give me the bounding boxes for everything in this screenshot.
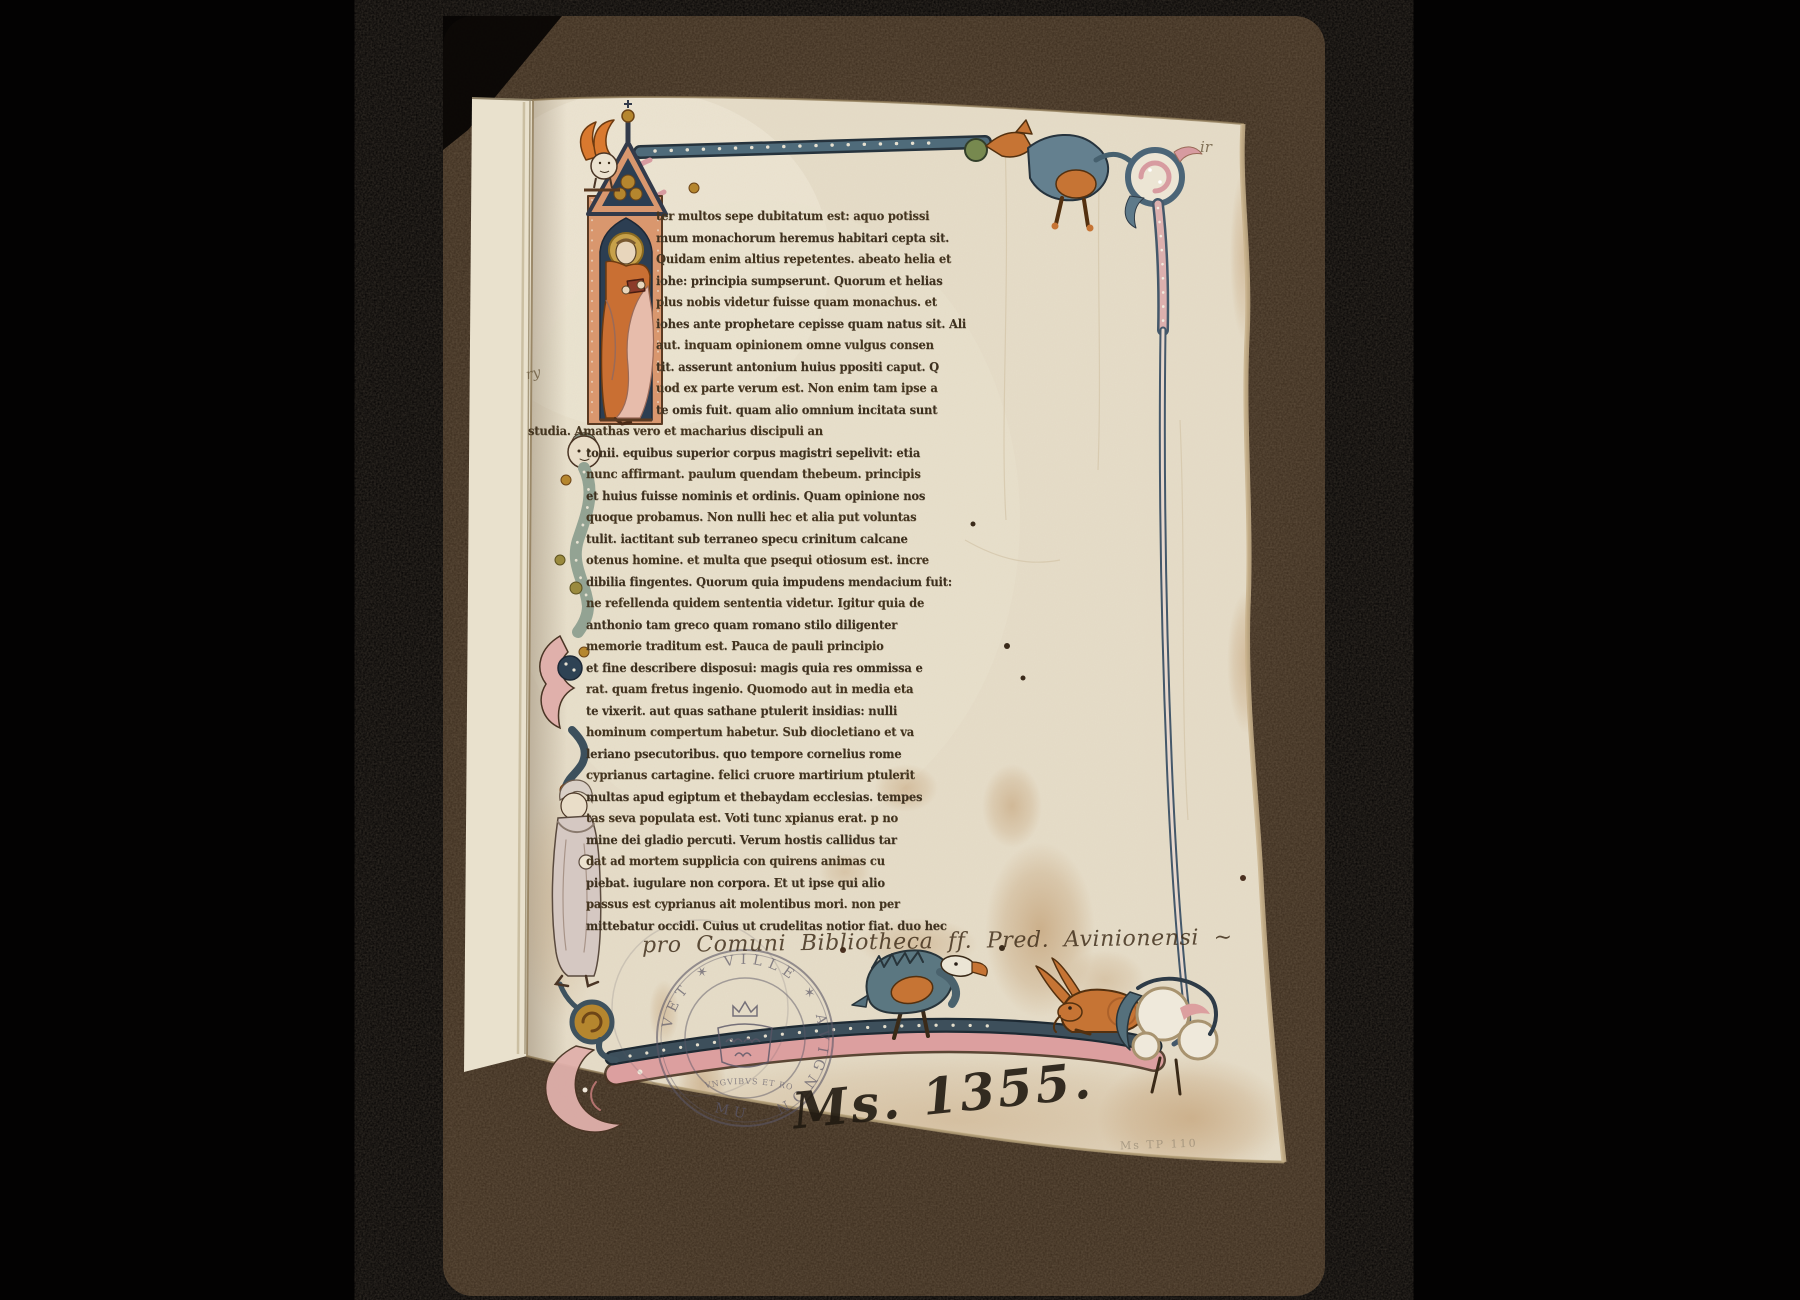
manuscript-line: ne refellenda quidem sententia videtur. … — [586, 592, 925, 614]
text-block: ter multos sepe dubitatum est: aquo poti… — [586, 205, 954, 936]
manuscript-line: tulit. iactitant sub terraneo specu crin… — [586, 528, 925, 550]
manuscript-line: tonii. equibus superior corpus magistri … — [586, 442, 925, 464]
manuscript-line: hominum compertum habetur. Sub diocletia… — [586, 721, 925, 743]
gold-ball — [689, 183, 699, 193]
margin-mark: ry — [524, 365, 542, 384]
manuscript-line: otenus homine. et multa que psequi otios… — [586, 549, 925, 571]
manuscript-line: passus est cyprianus ait molentibus mori… — [586, 893, 925, 915]
manuscript-line: Quidam enim altius repetentes. abeato he… — [656, 248, 930, 270]
manuscript-line: dat ad mortem supplicia con quirens anim… — [586, 850, 925, 872]
pencil-note: Ms TP 110 — [1120, 1137, 1198, 1153]
manuscript-line: tas seva populata est. Voti tunc xpianus… — [586, 807, 925, 829]
manuscript-line: ter multos sepe dubitatum est: aquo poti… — [656, 205, 930, 227]
manuscript-line: rat. quam fretus ingenio. Quomodo aut in… — [586, 678, 925, 700]
manuscript-line: uod ex parte verum est. Non enim tam ips… — [656, 377, 930, 399]
manuscript-line: leriano psecutoribus. quo tempore cornel… — [586, 743, 925, 765]
manuscript-line: nunc affirmant. paulum quendam thebeum. … — [586, 463, 925, 485]
manuscript-line: plus nobis videtur fuisse quam monachus.… — [656, 291, 930, 313]
manuscript-line: iohes ante prophetare cepisse quam natus… — [656, 313, 930, 335]
manuscript-line: et fine describere disposui: magis quia … — [586, 657, 925, 679]
manuscript-line: multas apud egiptum et thebaydam ecclesi… — [586, 786, 925, 808]
manuscript-line: tit. asserunt antonium huius ppositi cap… — [656, 356, 930, 378]
manuscript-line: piebat. iugulare non corpora. Et ut ipse… — [586, 872, 925, 894]
manuscript-line: quoque probamus. Non nulli hec et alia p… — [586, 506, 925, 528]
manuscript-line: cyprianus cartagine. felici cruore marti… — [586, 764, 925, 786]
folio-mark: ir — [1200, 138, 1212, 156]
manuscript-line: iohe: principia sumpserunt. Quorum et he… — [656, 270, 930, 292]
manuscript-photo: VET ✶ VILLE ✶ AVIGNON MU VNGVIBVS ET ROS… — [0, 0, 1800, 1300]
manuscript-line: mine dei gladio percuti. Verum hostis ca… — [586, 829, 925, 851]
manuscript-line: et huius fuisse nominis et ordinis. Quam… — [586, 485, 925, 507]
manuscript-line: te vixerit. aut quas sathane ptulerit in… — [586, 700, 925, 722]
manuscript-line: memorie traditum est. Pauca de pauli pri… — [586, 635, 925, 657]
manuscript-line: dibilia fingentes. Quorum quia impudens … — [586, 571, 925, 593]
manuscript-line: te omis fuit. quam alio omnium incitata … — [656, 399, 930, 421]
manuscript-line: aut. inquam opinionem omne vulgus consen — [656, 334, 930, 356]
book-fore-edge — [464, 98, 533, 1072]
manuscript-line: studia. Amathas vero et macharius discip… — [528, 420, 920, 442]
manuscript-line: mum monachorum heremus habitari cepta si… — [656, 227, 930, 249]
manuscript-line: anthonio tam greco quam romano stilo dil… — [586, 614, 925, 636]
